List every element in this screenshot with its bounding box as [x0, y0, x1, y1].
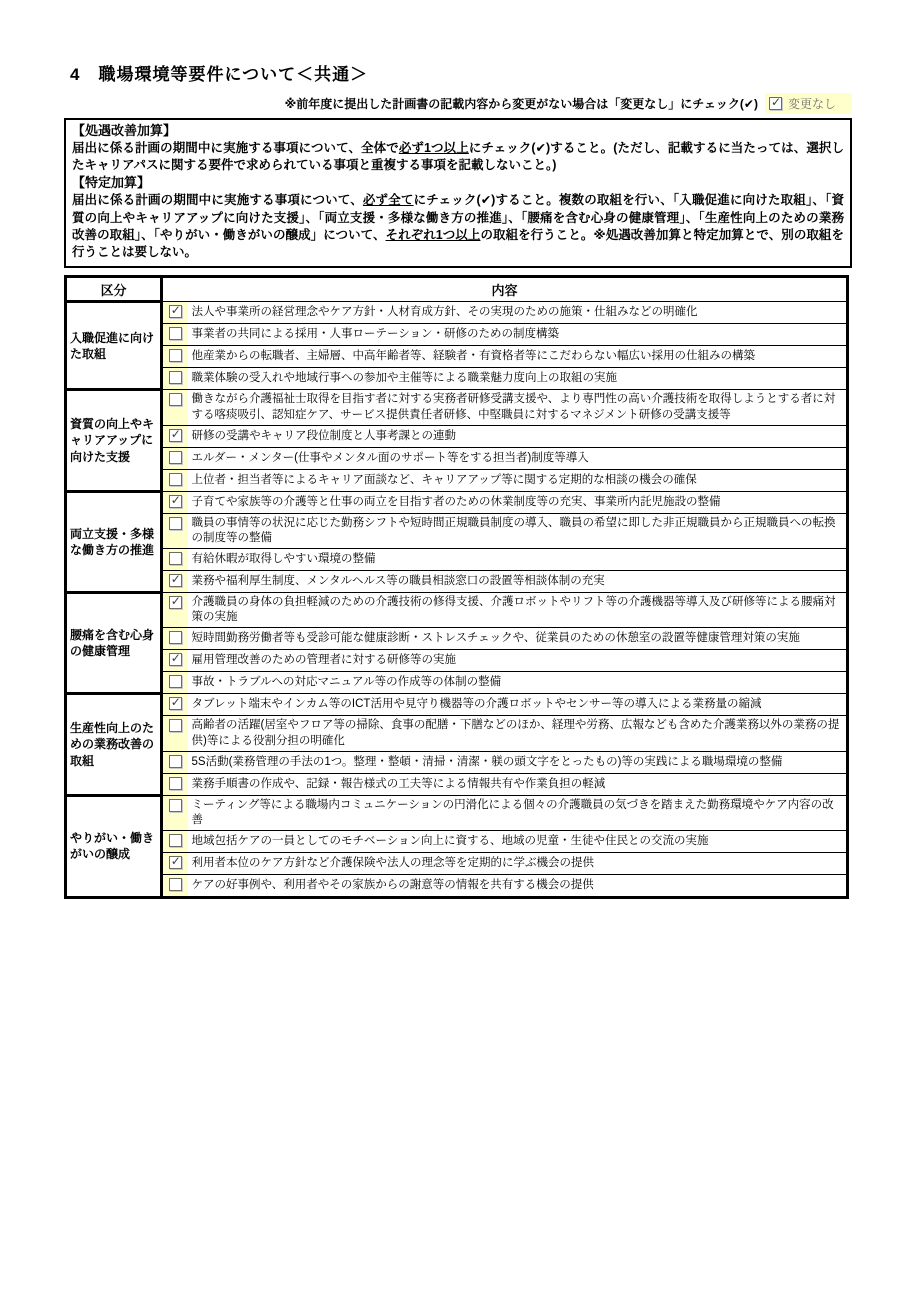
- item-checkbox[interactable]: [169, 327, 182, 340]
- no-change-label: 変更なし: [788, 95, 836, 112]
- category-cell: 資質の向上やキャリアアップに向けた支援: [66, 390, 162, 491]
- category-cell: やりがい・働きがいの醸成: [66, 795, 162, 897]
- item-checkbox[interactable]: [169, 429, 182, 442]
- table-row: 腰痛を含む心身の健康管理 介護職員の身体の負担軽減のための介護技術の修得支援、介…: [66, 593, 848, 628]
- item-text: 事業者の共同による採用・人事ローテーション・研修のための制度構築: [188, 324, 848, 346]
- tokutei-underline: 必ず全て: [363, 193, 414, 207]
- item-text: エルダー・メンター(仕事やメンタル面のサポート等をする担当者)制度等導入: [188, 447, 848, 469]
- category-cell: 腰痛を含む心身の健康管理: [66, 593, 162, 694]
- table-row: エルダー・メンター(仕事やメンタル面のサポート等をする担当者)制度等導入: [66, 447, 848, 469]
- item-text: タブレット端末やインカム等のICT活用や見守り機器等の介護ロボットやセンサー等の…: [188, 694, 848, 716]
- shogu-text: 届出に係る計画の期間中に実施する事項について、全体で必ず1つ以上にチェック(✔)…: [72, 141, 844, 172]
- item-text: ミーティング等による職場内コミュニケーションの円滑化による個々の介護職員の気づき…: [188, 795, 848, 830]
- header-naiyou: 内容: [162, 277, 848, 302]
- item-text: 5S活動(業務管理の手法の1つ。整理・整頓・清掃・清潔・躾の頭文字をとったもの)…: [188, 751, 848, 773]
- table-row: 事故・トラブルへの対応マニュアル等の作成等の体制の整備: [66, 672, 848, 694]
- table-row: 生産性向上のための業務改善の取組 タブレット端末やインカム等のICT活用や見守り…: [66, 694, 848, 716]
- table-row: 職業体験の受入れや地域行事への参加や主催等による職業魅力度向上の取組の実施: [66, 368, 848, 390]
- item-checkbox[interactable]: [169, 495, 182, 508]
- table-row: 高齢者の活躍(居室やフロア等の掃除、食事の配膳・下膳などのほか、経理や労務、広報…: [66, 716, 848, 751]
- item-checkbox[interactable]: [169, 675, 182, 688]
- requirements-table: 区分 内容 入職促進に向けた取組 法人や事業所の経営理念やケア方針・人材育成方針…: [64, 275, 849, 899]
- checkbox-cell: [162, 324, 188, 346]
- item-text: 上位者・担当者等によるキャリア面談など、キャリアアップ等に関する定期的な相談の機…: [188, 469, 848, 491]
- item-checkbox[interactable]: [169, 799, 182, 812]
- checkbox-cell: [162, 447, 188, 469]
- item-checkbox[interactable]: [169, 305, 182, 318]
- item-text: 法人や事業所の経営理念やケア方針・人材育成方針、その実現のための施策・仕組みなど…: [188, 302, 848, 324]
- document-content: 4 職場環境等要件について＜共通＞ ※前年度に提出した計画書の記載内容から変更が…: [64, 60, 852, 899]
- table-row: 両立支援・多様な働き方の推進 子育てや家族等の介護等と仕事の両立を目指す者のため…: [66, 491, 848, 513]
- item-checkbox[interactable]: [169, 574, 182, 587]
- item-text: 業務や福利厚生制度、メンタルヘルス等の職員相談窓口の設置等相談体制の充実: [188, 571, 848, 593]
- item-checkbox[interactable]: [169, 393, 182, 406]
- item-text: 子育てや家族等の介護等と仕事の両立を目指す者のための休業制度等の充実、事業所内託…: [188, 491, 848, 513]
- checkbox-cell: [162, 795, 188, 830]
- table-row: 入職促進に向けた取組 法人や事業所の経営理念やケア方針・人材育成方針、その実現の…: [66, 302, 848, 324]
- shogu-underline: 必ず1つ以上: [399, 141, 469, 155]
- item-checkbox[interactable]: [169, 631, 182, 644]
- checkbox-cell: [162, 694, 188, 716]
- table-row: 業務や福利厚生制度、メンタルヘルス等の職員相談窓口の設置等相談体制の充実: [66, 571, 848, 593]
- table-row: やりがい・働きがいの醸成 ミーティング等による職場内コミュニケーションの円滑化に…: [66, 795, 848, 830]
- category-cell: 生産性向上のための業務改善の取組: [66, 694, 162, 795]
- item-text: 高齢者の活躍(居室やフロア等の掃除、食事の配膳・下膳などのほか、経理や労務、広報…: [188, 716, 848, 751]
- tokutei-heading: 【特定加算】: [72, 174, 844, 192]
- item-checkbox[interactable]: [169, 755, 182, 768]
- item-checkbox[interactable]: [169, 451, 182, 464]
- checkbox-cell: [162, 773, 188, 795]
- table-row: 5S活動(業務管理の手法の1つ。整理・整頓・清掃・清潔・躾の頭文字をとったもの)…: [66, 751, 848, 773]
- item-checkbox[interactable]: [169, 719, 182, 732]
- item-checkbox[interactable]: [169, 834, 182, 847]
- item-checkbox[interactable]: [169, 552, 182, 565]
- item-checkbox[interactable]: [169, 517, 182, 530]
- checkbox-cell: [162, 469, 188, 491]
- item-checkbox[interactable]: [169, 777, 182, 790]
- table-row: 業務手順書の作成や、記録・報告様式の工夫等による情報共有や作業負担の軽減: [66, 773, 848, 795]
- item-text: 地域包括ケアの一員としてのモチベーション向上に資する、地域の児童・生徒や住民との…: [188, 831, 848, 853]
- item-text: 業務手順書の作成や、記録・報告様式の工夫等による情報共有や作業負担の軽減: [188, 773, 848, 795]
- table-row: ケアの好事例や、利用者やその家族からの謝意等の情報を共有する機会の提供: [66, 875, 848, 898]
- item-checkbox[interactable]: [169, 856, 182, 869]
- table-row: 職員の事情等の状況に応じた勤務シフトや短時間正規職員制度の導入、職員の希望に即し…: [66, 513, 848, 548]
- checkbox-cell: [162, 650, 188, 672]
- shogu-seg: 届出に係る計画の期間中に実施する事項について、全体で: [72, 141, 399, 155]
- shogu-heading: 【処遇改善加算】: [72, 122, 844, 140]
- category-cell: 両立支援・多様な働き方の推進: [66, 491, 162, 592]
- table-row: 事業者の共同による採用・人事ローテーション・研修のための制度構築: [66, 324, 848, 346]
- item-text: 利用者本位のケア方針など介護保険や法人の理念等を定期的に学ぶ機会の提供: [188, 853, 848, 875]
- item-text: 研修の受講やキャリア段位制度と人事考課との連動: [188, 425, 848, 447]
- table-row: 地域包括ケアの一員としてのモチベーション向上に資する、地域の児童・生徒や住民との…: [66, 831, 848, 853]
- item-checkbox[interactable]: [169, 697, 182, 710]
- item-text: 職業体験の受入れや地域行事への参加や主催等による職業魅力度向上の取組の実施: [188, 368, 848, 390]
- checkbox-cell: [162, 302, 188, 324]
- checkbox-cell: [162, 672, 188, 694]
- item-text: 介護職員の身体の負担軽減のための介護技術の修得支援、介護ロボットやリフト等の介護…: [188, 593, 848, 628]
- table-row: 資質の向上やキャリアアップに向けた支援 働きながら介護福祉士取得を目指す者に対す…: [66, 390, 848, 425]
- no-change-checkbox[interactable]: [769, 97, 782, 110]
- checkbox-cell: [162, 390, 188, 425]
- checkbox-cell: [162, 751, 188, 773]
- item-text: 雇用管理改善のための管理者に対する研修等の実施: [188, 650, 848, 672]
- checkbox-cell: [162, 831, 188, 853]
- table-row: 研修の受講やキャリア段位制度と人事考課との連動: [66, 425, 848, 447]
- checkbox-cell: [162, 716, 188, 751]
- item-text: 事故・トラブルへの対応マニュアル等の作成等の体制の整備: [188, 672, 848, 694]
- table-row: 利用者本位のケア方針など介護保険や法人の理念等を定期的に学ぶ機会の提供: [66, 853, 848, 875]
- tokutei-underline: それぞれ1つ以上: [386, 228, 481, 242]
- checkbox-cell: [162, 346, 188, 368]
- page-title: 4 職場環境等要件について＜共通＞: [70, 60, 852, 85]
- item-text: 職員の事情等の状況に応じた勤務シフトや短時間正規職員制度の導入、職員の希望に即し…: [188, 513, 848, 548]
- checkbox-cell: [162, 368, 188, 390]
- checkbox-cell: [162, 593, 188, 628]
- table-row: 短時間勤務労働者等も受診可能な健康診断・ストレスチェックや、従業員のための休憩室…: [66, 628, 848, 650]
- change-note-row: ※前年度に提出した計画書の記載内容から変更がない場合は「変更なし」にチェック(✔…: [64, 93, 852, 114]
- table-header-row: 区分 内容: [66, 277, 848, 302]
- item-text: 働きながら介護福祉士取得を目指す者に対する実務者研修受講支援や、より専門性の高い…: [188, 390, 848, 425]
- checkbox-cell: [162, 549, 188, 571]
- header-kubun: 区分: [66, 277, 162, 302]
- category-cell: 入職促進に向けた取組: [66, 302, 162, 390]
- checkbox-cell: [162, 853, 188, 875]
- table-row: 上位者・担当者等によるキャリア面談など、キャリアアップ等に関する定期的な相談の機…: [66, 469, 848, 491]
- item-text: 有給休暇が取得しやすい環境の整備: [188, 549, 848, 571]
- item-checkbox[interactable]: [169, 653, 182, 666]
- checkbox-cell: [162, 513, 188, 548]
- tokutei-seg: 届出に係る計画の期間中に実施する事項について、: [72, 193, 363, 207]
- checkbox-cell: [162, 491, 188, 513]
- checkbox-cell: [162, 628, 188, 650]
- checkbox-cell: [162, 571, 188, 593]
- no-change-chip: 変更なし: [765, 93, 852, 114]
- item-text: 短時間勤務労働者等も受診可能な健康診断・ストレスチェックや、従業員のための休憩室…: [188, 628, 848, 650]
- item-checkbox[interactable]: [169, 596, 182, 609]
- checkbox-cell: [162, 425, 188, 447]
- item-checkbox[interactable]: [169, 473, 182, 486]
- item-checkbox[interactable]: [169, 878, 182, 891]
- instruction-box: 【処遇改善加算】 届出に係る計画の期間中に実施する事項について、全体で必ず1つ以…: [64, 118, 852, 268]
- item-checkbox[interactable]: [169, 371, 182, 384]
- checkbox-cell: [162, 875, 188, 898]
- table-row: 他産業からの転職者、主婦層、中高年齢者等、経験者・有資格者等にこだわらない幅広い…: [66, 346, 848, 368]
- change-note-text: ※前年度に提出した計画書の記載内容から変更がない場合は「変更なし」にチェック(✔…: [285, 95, 758, 112]
- table-row: 有給休暇が取得しやすい環境の整備: [66, 549, 848, 571]
- item-text: ケアの好事例や、利用者やその家族からの謝意等の情報を共有する機会の提供: [188, 875, 848, 898]
- document-page: 4 職場環境等要件について＜共通＞ ※前年度に提出した計画書の記載内容から変更が…: [0, 0, 919, 1300]
- tokutei-text: 届出に係る計画の期間中に実施する事項について、必ず全てにチェック(✔)すること。…: [72, 193, 844, 259]
- table-row: 雇用管理改善のための管理者に対する研修等の実施: [66, 650, 848, 672]
- item-text: 他産業からの転職者、主婦層、中高年齢者等、経験者・有資格者等にこだわらない幅広い…: [188, 346, 848, 368]
- item-checkbox[interactable]: [169, 349, 182, 362]
